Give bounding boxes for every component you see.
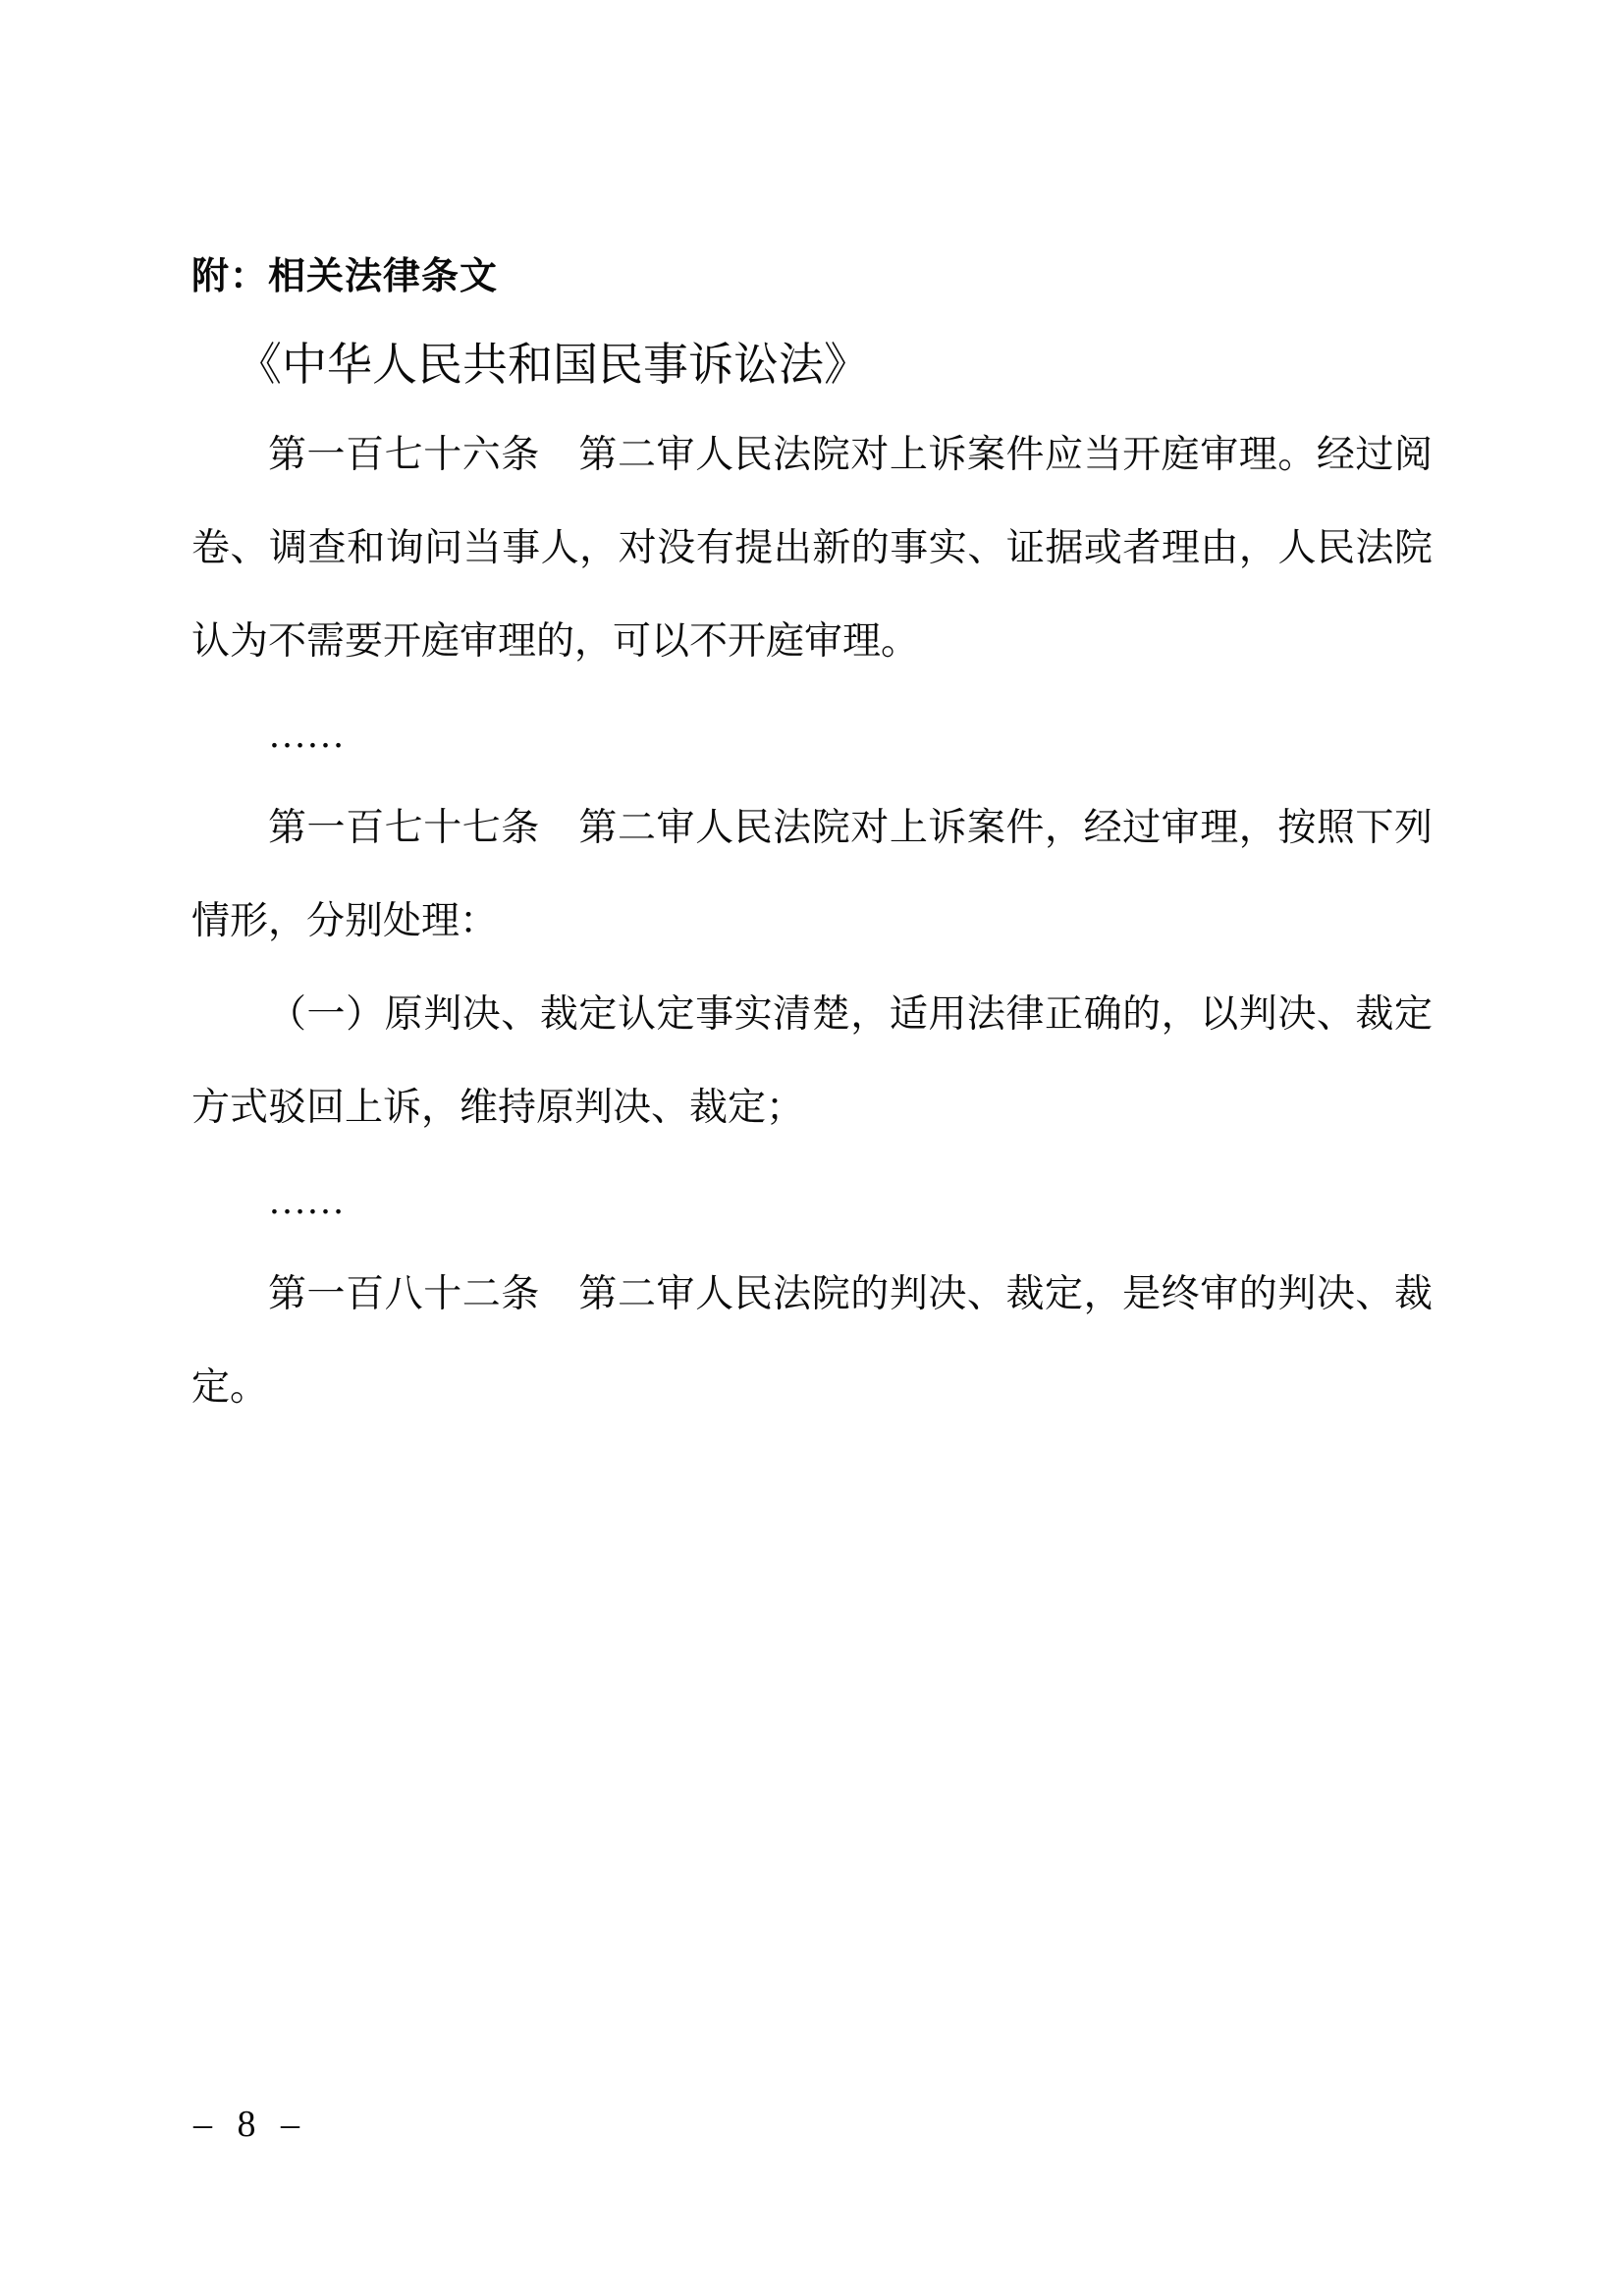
article-177-item-1-line-2: 方式驳回上诉，维持原判决、裁定； [191, 1061, 1433, 1154]
law-title: 《中华人民共和国民事诉讼法》 [191, 322, 1433, 408]
article-182-line-2: 定。 [191, 1341, 1433, 1434]
article-182-line-1: 第一百八十二条 第二审人民法院的判决、裁定，是终审的判决、裁 [191, 1248, 1433, 1341]
ellipsis-paragraph: …… [191, 1154, 1433, 1248]
document-page: 附：相关法律条文 《中华人民共和国民事诉讼法》 第一百七十六条 第二审人民法院对… [0, 0, 1624, 2296]
article-176-line-1: 第一百七十六条 第二审人民法院对上诉案件应当开庭审理。经过阅 [191, 408, 1433, 502]
article-177-item-1-line-1: （一）原判决、裁定认定事实清楚，适用法律正确的，以判决、裁定 [191, 968, 1433, 1061]
article-177-line-2: 情形，分别处理： [191, 875, 1433, 968]
article-176-line-3: 认为不需要开庭审理的，可以不开庭审理。 [191, 595, 1433, 688]
article-177-line-1: 第一百七十七条 第二审人民法院对上诉案件，经过审理，按照下列 [191, 781, 1433, 875]
ellipsis-paragraph: …… [191, 688, 1433, 781]
article-176-line-2: 卷、调查和询问当事人，对没有提出新的事实、证据或者理由，人民法院 [191, 502, 1433, 595]
document-body: 附：相关法律条文 《中华人民共和国民事诉讼法》 第一百七十六条 第二审人民法院对… [191, 0, 1433, 1434]
attachment-heading: 附：相关法律条文 [191, 233, 1433, 322]
page-number: – 8 – [193, 2101, 299, 2148]
